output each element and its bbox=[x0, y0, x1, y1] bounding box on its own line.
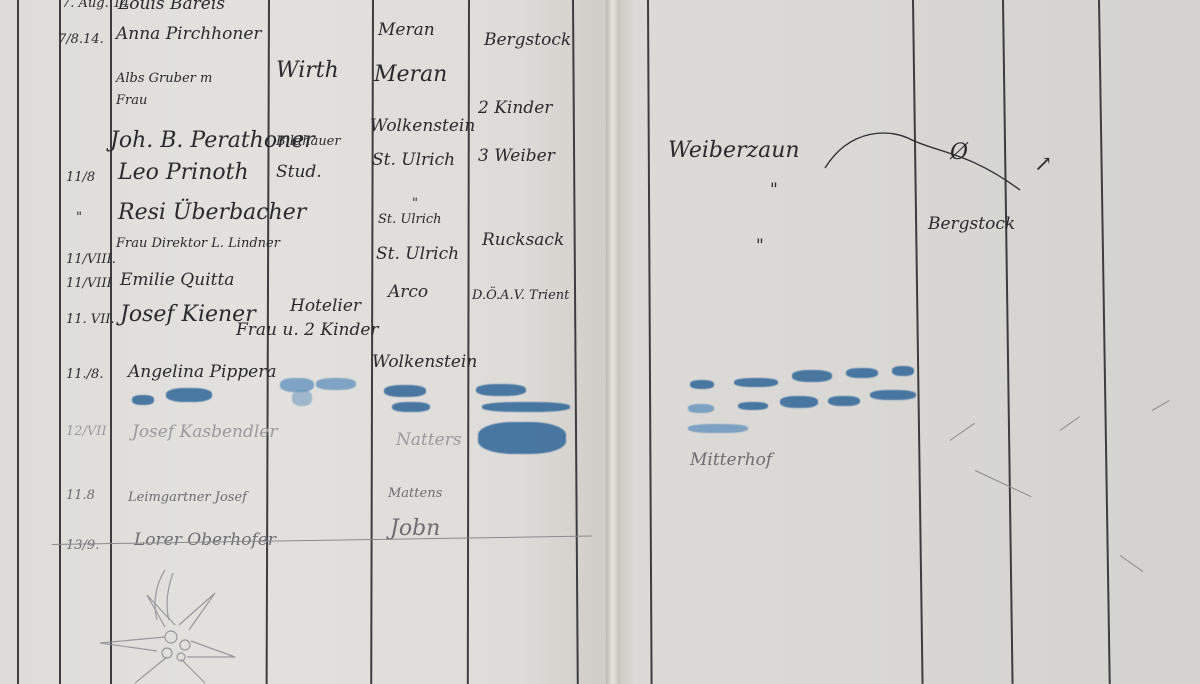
entry-date: 11/VIII bbox=[66, 276, 112, 291]
guest-name: Leo Prinoth bbox=[118, 160, 249, 185]
arrow-icon: ↗ bbox=[1034, 152, 1052, 177]
residence: St. Ulrich bbox=[376, 244, 459, 264]
residence: St. Ulrich bbox=[372, 150, 455, 170]
redaction-mark bbox=[738, 402, 768, 410]
entry-date: " bbox=[76, 210, 82, 225]
column-rule bbox=[59, 0, 61, 684]
redaction-mark bbox=[690, 380, 714, 389]
ink-blot bbox=[292, 390, 312, 406]
entry-date: 11/VIII. bbox=[66, 252, 116, 267]
remarks: 3 Weiber bbox=[478, 146, 555, 166]
guest-name: Frau Direktor L. Lindner bbox=[116, 236, 280, 251]
redaction-block bbox=[478, 422, 566, 454]
guest-name: Josef Kasbendler bbox=[132, 422, 278, 442]
residence: St. Ulrich bbox=[378, 212, 442, 227]
remarks: Rucksack bbox=[482, 230, 564, 250]
remarks: D.Ö.A.V. Trient bbox=[472, 288, 569, 303]
redaction-mark bbox=[166, 388, 212, 402]
guest-name: Leimgartner Josef bbox=[128, 490, 247, 505]
entry-date: 12/VII bbox=[66, 424, 107, 439]
flourish-stroke bbox=[820, 128, 1030, 198]
entry-date: 11/8 bbox=[66, 170, 95, 185]
redaction-mark bbox=[828, 396, 860, 406]
redaction-mark bbox=[792, 370, 832, 382]
entry-date: 11./8. bbox=[66, 367, 103, 382]
occupation: Hotelier bbox=[290, 296, 361, 316]
column-rule bbox=[17, 0, 19, 684]
remarks: 2 Kinder bbox=[478, 98, 552, 118]
residence: Wolkenstein bbox=[370, 116, 475, 136]
guest-name: Angelina Pippera bbox=[128, 362, 277, 382]
guest-name: Emilie Quitta bbox=[120, 270, 234, 290]
guest-name: Anna Pirchhoner bbox=[116, 24, 262, 44]
residence: Natters bbox=[396, 430, 462, 450]
redaction-mark bbox=[780, 396, 818, 408]
redaction-mark bbox=[734, 378, 778, 387]
redaction-mark bbox=[688, 404, 714, 413]
guest-name: Louis Bareis bbox=[118, 0, 225, 14]
register-book: 7. Aug. 14 7/8.14. 11/8 " 11/VIII. 11/VI… bbox=[0, 0, 1200, 684]
occupation: Bildhauer bbox=[276, 134, 341, 149]
residence: Wolkenstein bbox=[372, 352, 477, 372]
ditto-mark: " bbox=[756, 236, 764, 256]
residence: Jobn bbox=[390, 516, 440, 541]
ditto-mark: " bbox=[770, 180, 778, 200]
right-entry: Weiberzaun bbox=[668, 138, 800, 163]
redaction-mark bbox=[132, 395, 154, 405]
redaction-mark bbox=[846, 368, 878, 378]
redaction-mark bbox=[688, 424, 748, 433]
entry-date: 11.8 bbox=[66, 488, 95, 503]
book-gutter bbox=[606, 0, 620, 684]
residence: Meran bbox=[374, 62, 447, 87]
residence: Mattens bbox=[388, 486, 442, 501]
redaction-mark bbox=[482, 402, 570, 412]
redaction-mark bbox=[392, 402, 430, 412]
occupation: Wirth bbox=[276, 58, 339, 83]
redaction-mark bbox=[384, 385, 426, 397]
edelweiss-drawing bbox=[95, 565, 255, 684]
residence: Arco bbox=[388, 282, 428, 302]
right-entry-note: Mitterhof bbox=[690, 450, 772, 470]
redaction-mark bbox=[870, 390, 916, 400]
redaction-mark bbox=[476, 384, 526, 396]
redaction-mark bbox=[316, 378, 356, 390]
occupation-extra: Frau u. 2 Kinder bbox=[236, 320, 379, 340]
remarks: Bergstock bbox=[484, 30, 571, 50]
entry-date: 11. VII. bbox=[66, 312, 115, 327]
guest-name: Albs Gruber m Frau bbox=[116, 68, 226, 112]
ditto-mark: " bbox=[412, 196, 418, 211]
entry-date: 7/8.14. bbox=[58, 32, 104, 47]
guest-name: Resi Überbacher bbox=[118, 200, 306, 225]
residence: Meran bbox=[378, 20, 435, 40]
occupation: Stud. bbox=[276, 162, 322, 182]
right-entry: Bergstock bbox=[928, 214, 1015, 234]
entry-date: 13/9. bbox=[66, 538, 99, 553]
redaction-mark bbox=[892, 366, 914, 376]
right-page bbox=[612, 0, 1200, 684]
